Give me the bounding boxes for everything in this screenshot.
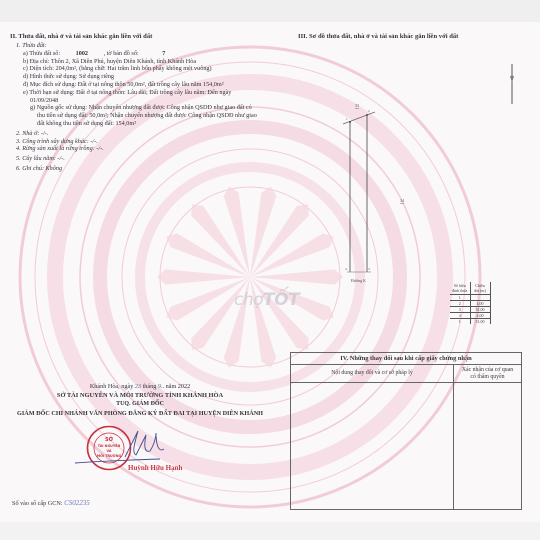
item-6-note: 6. Ghi chú: Không: [16, 165, 281, 173]
item-4-forest: 4. Rừng sản xuất là rừng trồng: -/-.: [16, 145, 281, 153]
signer-name: Huỳnh Hữu Hạnh: [128, 464, 182, 472]
svg-text:3: 3: [368, 267, 370, 271]
neighbor-parcel-right: 34: [400, 198, 404, 203]
svg-text:2: 2: [368, 109, 370, 113]
svg-text:1: 1: [346, 117, 348, 121]
north-arrow-icon: [508, 64, 516, 104]
item-3-other-works: 3. Công trình xây dựng khác: -/-.: [16, 138, 281, 146]
authority-confirmation-header: Xác nhận của cơ quan có thẩm quyền: [454, 365, 521, 382]
section-2-title: II. Thửa đất, nhà ở và tài sản khác gắn …: [10, 33, 152, 41]
parcel-sketch: 33 1002 34 Đường K 1 2 3 4: [335, 82, 445, 302]
registry-value: CS02235: [64, 499, 90, 507]
edge-length-table: Số hiệu đỉnh thửa Chiều dài (m) 1 24,00 …: [450, 282, 491, 324]
signer-role: GIÁM ĐỐC CHI NHÁNH VĂN PHÒNG ĐĂNG KÝ ĐẤT…: [0, 410, 280, 417]
change-content-header: Nội dung thay đổi và cơ sở pháp lý: [291, 365, 454, 382]
length-header: Chiều dài (m): [470, 282, 490, 294]
parcel-details: 1. Thửa đất: a) Thửa đất số: 1002 , tờ b…: [16, 42, 281, 173]
land-certificate-page: II. Thửa đất, nhà ở và tài sản khác gắn …: [0, 22, 540, 522]
item-2-house: 2. Nhà ở: -/-.: [16, 130, 281, 138]
parcel-number-row: a) Thửa đất số: 1002 , tờ bản đồ số: 7: [16, 50, 281, 58]
usage-purpose-row: đ) Mục đích sử dụng: Đất ở tại nông thôn…: [16, 81, 281, 89]
item-1-title: 1. Thửa đất:: [16, 42, 281, 50]
change-content-cell: [291, 383, 454, 509]
usage-term-date: 01/09/2048: [16, 97, 281, 105]
neighbor-parcel-top: 33: [355, 103, 359, 108]
origin-row: g) Nguồn gốc sử dụng: Nhận chuyển nhượng…: [23, 104, 258, 127]
issuing-authority: SỞ TÀI NGUYÊN VÀ MÔI TRƯỜNG TỈNH KHÁNH H…: [0, 392, 280, 399]
usage-form-row: d) Hình thức sử dụng: Sử dụng riêng: [16, 73, 281, 81]
map-sheet-number: 7: [162, 50, 165, 57]
section-3-title: III. Sơ đồ thửa đất, nhà ở và tài sản kh…: [298, 33, 458, 41]
road-label: Đường K: [351, 278, 366, 283]
issue-day: 23: [135, 383, 141, 390]
svg-text:4: 4: [345, 267, 347, 271]
certificate-registry-number: Số vào sổ cấp GCN: CS02235: [12, 499, 90, 507]
item-5-perennial-trees: 5. Cây lâu năm: -/-.: [16, 155, 281, 163]
parcel-number: 1002: [76, 50, 88, 57]
authorization-line: TUQ. GIÁM ĐỐC: [0, 401, 280, 407]
scan-bottom-margin: [0, 522, 540, 540]
usage-term-row: e) Thời hạn sử dụng: Đất ở tại nông thôn…: [16, 89, 281, 97]
area-row: c) Diện tích: 204,0m², (bằng chữ: Hai tr…: [16, 65, 281, 73]
issue-date: Khánh Hòa, ngày 23 tháng 9.. năm 2022: [0, 383, 280, 390]
scan-top-margin: [0, 0, 540, 22]
issue-month: 9: [158, 383, 161, 390]
section-4-title: IV. Những thay đổi sau khi cấp giấy chứn…: [291, 353, 521, 365]
changes-table: IV. Những thay đổi sau khi cấp giấy chứn…: [290, 352, 522, 510]
vertex-header: Số hiệu đỉnh thửa: [450, 282, 470, 294]
chotot-watermark: chợTỐT: [234, 290, 299, 310]
address-row: b) Địa chỉ: Thôn 2, Xã Diên Phú, huyện D…: [16, 58, 281, 66]
